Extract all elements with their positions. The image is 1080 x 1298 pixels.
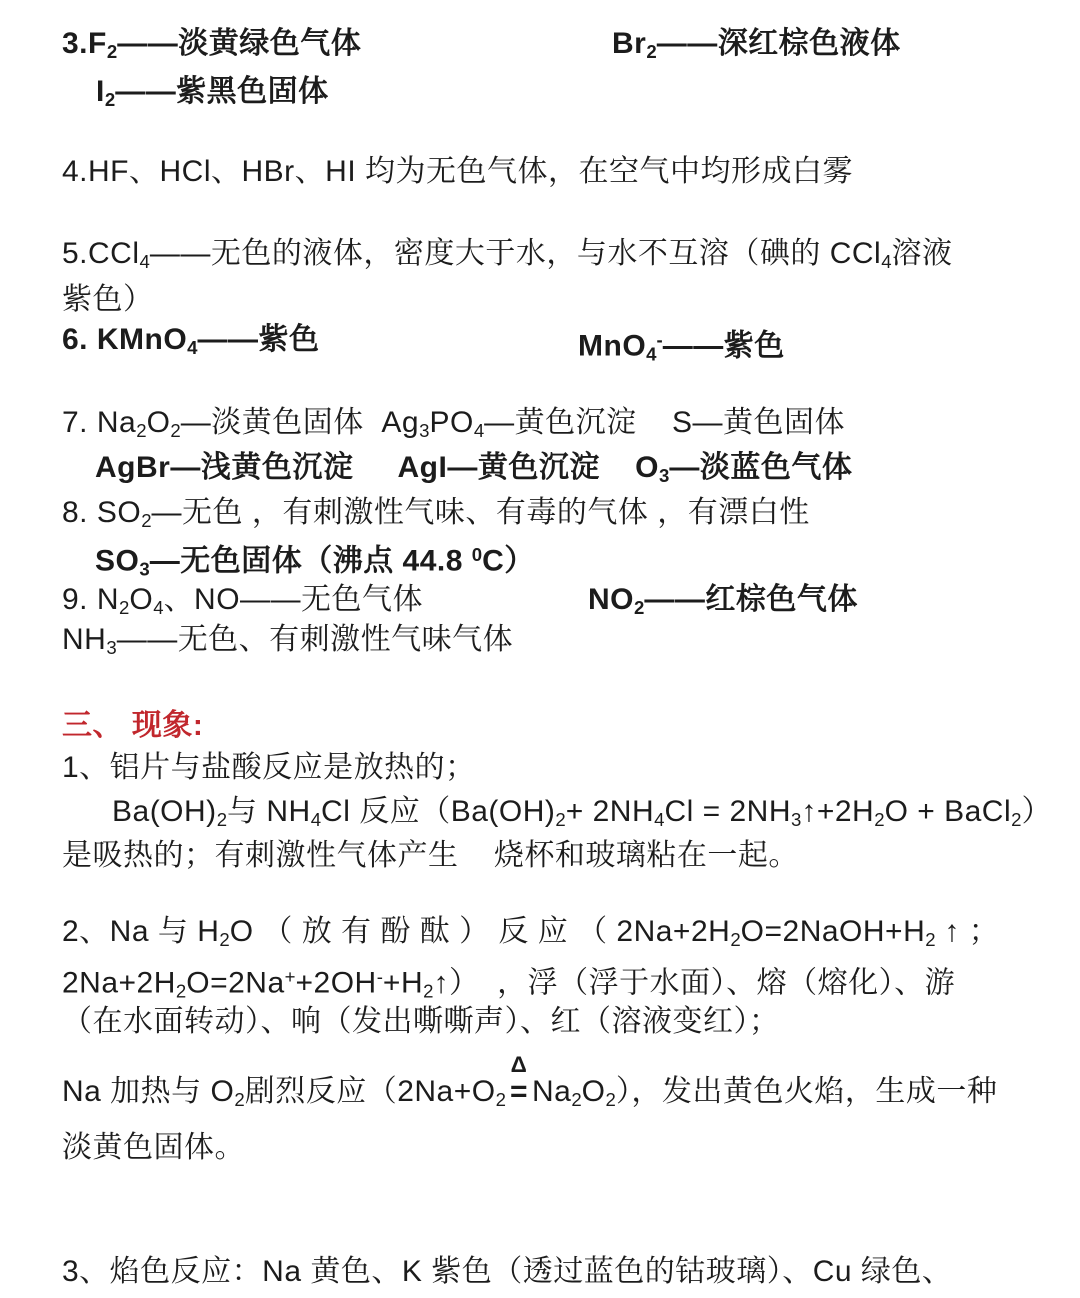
phenom2-line5: 淡黄色固体。 — [62, 1128, 245, 1168]
section3-heading: 三、 现象: — [62, 706, 203, 746]
item3-i2-line: I2——紫黑色固体 — [96, 72, 329, 120]
item6-kmno4: 6. KMnO4——紫色 — [62, 320, 320, 368]
item7-line2: AgBr—浅黄色沉淀 AgI—黄色沉淀 O3—淡蓝色气体 — [95, 448, 852, 496]
item5-line2: 紫色） — [62, 280, 154, 320]
phenom1-line1: 1、铝片与盐酸反应是放热的； — [62, 748, 476, 788]
item3-f2-line: 3.F2——淡黄绿色气体 — [62, 24, 361, 72]
item7-line1: 7. Na2O2—淡黄色固体 Ag3PO4—黄色沉淀 S—黄色固体 — [62, 403, 845, 451]
item9-no2-col: NO2——红棕色气体 — [588, 580, 858, 628]
item4-line: 4.HF、HCl、HBr、HI 均为无色气体，在空气中均形成白雾 — [62, 152, 853, 192]
item5-line1: 5.CCl4——无色的液体，密度大于水，与水不互溶（碘的 CCl4溶液 — [62, 234, 953, 282]
phenom1-line3: 是吸热的；有刺激性气体产生 烧杯和玻璃粘在一起。 — [62, 836, 799, 876]
phenom2-line4: Na 加热与 O2剧烈反应（2Na+O2Δ=Na2O2），发出黄色火焰，生成一种 — [62, 1072, 997, 1120]
phenom1-line2: Ba(OH)2与 NH4Cl 反应（Ba(OH)2+ 2NH4Cl = 2NH3… — [112, 792, 1052, 840]
document-page: 3.F2——淡黄绿色气体Br2——深红棕色液体I2——紫黑色固体4.HF、HCl… — [0, 0, 1080, 1298]
item8-line1: 8. SO2—无色 ，有刺激性气味、有毒的气体 ，有漂白性 — [62, 493, 810, 541]
delta-over-equals: Δ= — [510, 1072, 528, 1112]
item9-nh3-line: NH3——无色、有刺激性气味气体 — [62, 620, 513, 668]
phenom3-line: 3、焰色反应：Na 黄色、K 紫色（透过蓝色的钴玻璃）、Cu 绿色、 — [62, 1252, 952, 1292]
phenom2-line3: （在水面转动）、响（发出嘶嘶声）、红（溶液变红）； — [62, 1002, 780, 1042]
item6-mno4: MnO4-——紫色 — [578, 320, 785, 375]
item3-br2-col: Br2——深红棕色液体 — [612, 24, 901, 72]
phenom2-line1: 2、Na 与 H2O （ 放 有 酚 酞 ） 反 应 （ 2Na+2H2O=2N… — [62, 912, 999, 960]
